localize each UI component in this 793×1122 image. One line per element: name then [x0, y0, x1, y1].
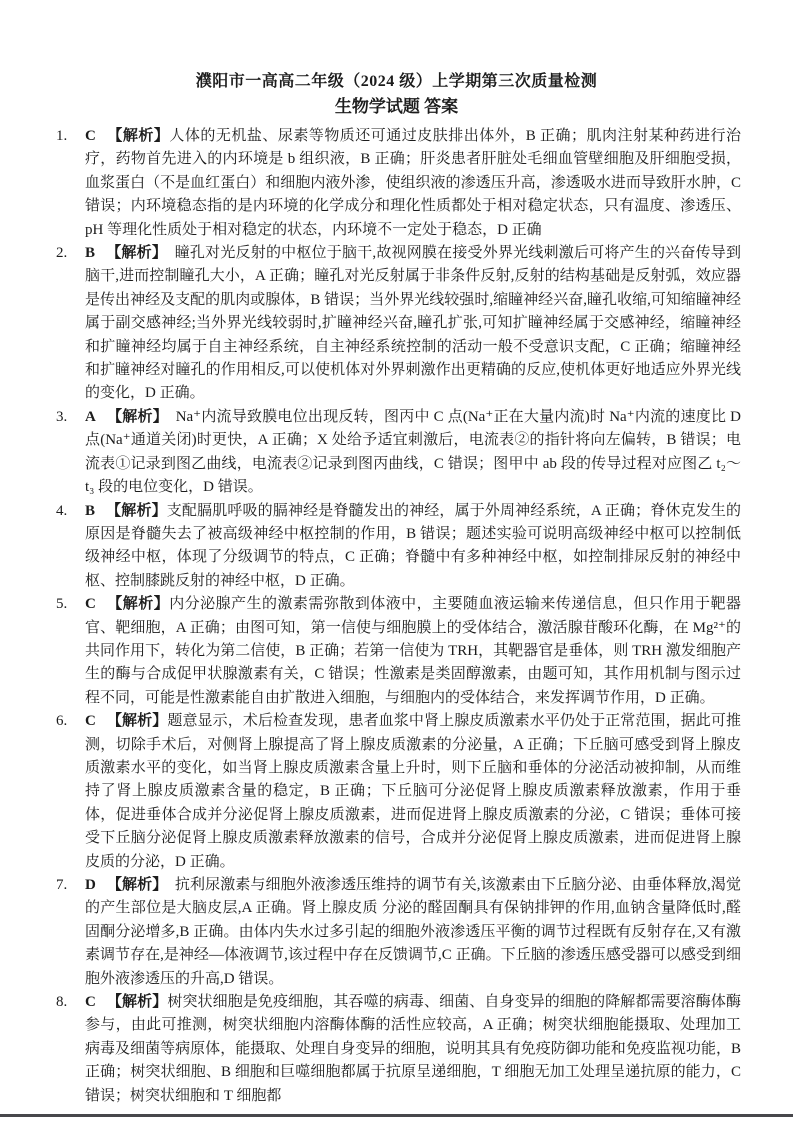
answer-list: 1. C【解析】人体的无机盐、尿素等物质还可通过皮肤排出体外，B 正确；肌肉注射…	[0, 125, 793, 1108]
analysis-tag: 【解析】	[107, 713, 168, 729]
analysis-tag: 【解析】	[107, 994, 168, 1010]
answer-content: C【解析】人体的无机盐、尿素等物质还可通过皮肤排出体外，B 正确；肌肉注射某种药…	[85, 125, 741, 242]
answer-content: A【解析】 Na⁺内流导致膜电位出现反转，图丙中 C 点(Na⁺正在大量内流)时…	[85, 406, 741, 500]
answer-content: B【解析】 瞳孔对光反射的中枢位于脑干,故视网膜在接受外界光线刺激后可将产生的兴…	[85, 242, 741, 406]
answer-item-3: 3. A【解析】 Na⁺内流导致膜电位出现反转，图丙中 C 点(Na⁺正在大量内…	[56, 406, 741, 500]
analysis-text: 题意显示，术后检查发现，患者血浆中肾上腺皮质激素水平仍处于正常范围，据此可推测，…	[85, 713, 741, 869]
analysis-text: 支配膈肌呼吸的膈神经是脊髓发出的神经，属于外周神经系统，A 正确；脊休克发生的原…	[85, 503, 741, 589]
page-bottom-border	[0, 1114, 793, 1117]
analysis-tag: 【解析】	[107, 596, 169, 612]
analysis-tag: 【解析】	[107, 877, 160, 893]
answer-letter: C	[85, 596, 96, 612]
answer-item-5: 5. C【解析】内分泌腺产生的激素需弥散到体液中，主要随血液运输来传递信息，但只…	[56, 593, 741, 710]
question-number: 1.	[56, 125, 85, 148]
answer-letter: D	[85, 877, 96, 893]
analysis-tag: 【解析】	[107, 409, 161, 425]
answer-letter: B	[85, 503, 95, 519]
analysis-text: 树突状细胞是免疫细胞，其吞噬的病毒、细菌、自身变异的细胞的降解都需要溶酶体酶参与…	[85, 994, 741, 1104]
answer-letter: C	[85, 128, 96, 144]
analysis-tag: 【解析】	[106, 245, 160, 261]
document-subtitle: 生物学试题 答案	[0, 97, 793, 117]
answer-item-8: 8. C【解析】树突状细胞是免疫细胞，其吞噬的病毒、细菌、自身变异的细胞的降解都…	[56, 991, 741, 1108]
answer-item-2: 2. B【解析】 瞳孔对光反射的中枢位于脑干,故视网膜在接受外界光线刺激后可将产…	[56, 242, 741, 406]
analysis-text: Na⁺内流导致膜电位出现反转，图丙中 C 点(Na⁺正在大量内流)时 Na⁺内流…	[85, 409, 741, 495]
document-title: 濮阳市一高高二年级（2024 级）上学期第三次质量检测	[0, 0, 793, 92]
answer-letter: B	[85, 245, 95, 261]
answer-content: C【解析】内分泌腺产生的激素需弥散到体液中，主要随血液运输来传递信息，但只作用于…	[85, 593, 741, 710]
analysis-text: 人体的无机盐、尿素等物质还可通过皮肤排出体外，B 正确；肌肉注射某种药进行治疗，…	[85, 128, 741, 238]
answer-content: C【解析】树突状细胞是免疫细胞，其吞噬的病毒、细菌、自身变异的细胞的降解都需要溶…	[85, 991, 741, 1108]
question-number: 4.	[56, 500, 85, 523]
analysis-text: 抗利尿激素与细胞外液渗透压维持的调节有关,该激素由下丘脑分泌、由垂体释放,渴觉的…	[85, 877, 741, 987]
question-number: 2.	[56, 242, 85, 265]
analysis-text: 瞳孔对光反射的中枢位于脑干,故视网膜在接受外界光线刺激后可将产生的兴奋传导到脑干…	[85, 245, 741, 401]
question-number: 3.	[56, 406, 85, 429]
answer-item-7: 7. D【解析】 抗利尿激素与细胞外液渗透压维持的调节有关,该激素由下丘脑分泌、…	[56, 874, 741, 991]
answer-letter: A	[85, 409, 96, 425]
answer-content: D【解析】 抗利尿激素与细胞外液渗透压维持的调节有关,该激素由下丘脑分泌、由垂体…	[85, 874, 741, 991]
question-number: 5.	[56, 593, 85, 616]
question-number: 6.	[56, 710, 85, 733]
analysis-text: 内分泌腺产生的激素需弥散到体液中，主要随血液运输来传递信息，但只作用于靶器官、靶…	[85, 596, 741, 706]
analysis-tag: 【解析】	[106, 503, 167, 519]
analysis-tag: 【解析】	[107, 128, 170, 144]
answer-content: B【解析】支配膈肌呼吸的膈神经是脊髓发出的神经，属于外周神经系统，A 正确；脊休…	[85, 500, 741, 594]
answer-item-1: 1. C【解析】人体的无机盐、尿素等物质还可通过皮肤排出体外，B 正确；肌肉注射…	[56, 125, 741, 242]
answer-letter: C	[85, 994, 96, 1010]
answer-item-6: 6. C【解析】题意显示，术后检查发现，患者血浆中肾上腺皮质激素水平仍处于正常范…	[56, 710, 741, 874]
question-number: 7.	[56, 874, 85, 897]
document-page: 濮阳市一高高二年级（2024 级）上学期第三次质量检测 生物学试题 答案 1. …	[0, 0, 793, 1122]
question-number: 8.	[56, 991, 85, 1014]
answer-item-4: 4. B【解析】支配膈肌呼吸的膈神经是脊髓发出的神经，属于外周神经系统，A 正确…	[56, 500, 741, 594]
answer-letter: C	[85, 713, 96, 729]
answer-content: C【解析】题意显示，术后检查发现，患者血浆中肾上腺皮质激素水平仍处于正常范围，据…	[85, 710, 741, 874]
